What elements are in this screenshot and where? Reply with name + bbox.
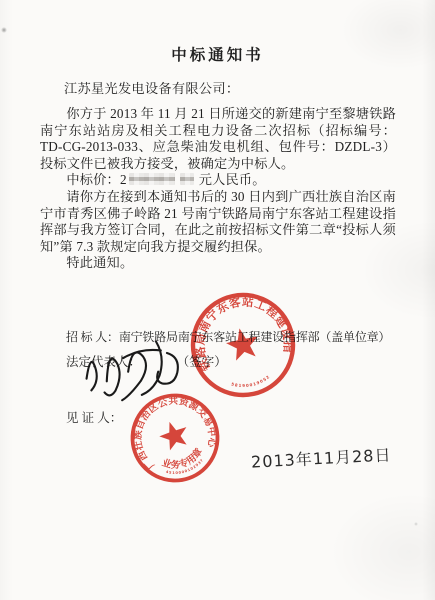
addressee-line: 江苏星光发电设备有限公司： (64, 78, 239, 97)
bid-price-suffix: 元人民币。 (199, 172, 266, 187)
bid-price-line: 中标价：2元人民币。 (40, 172, 396, 189)
star-icon (224, 325, 262, 362)
paragraph-tender-acceptance: 你方于 2013 年 11 月 21 日所递交的新建南宁至黎塘铁路南宁东站站房及… (40, 106, 396, 172)
witness-label: 见 证 人： (66, 411, 122, 425)
letter-body: 你方于 2013 年 11 月 21 日所递交的新建南宁至黎塘铁路南宁东站站房及… (40, 106, 396, 272)
bid-price-visible-digit: 2 (120, 172, 127, 187)
redaction-mosaic-block (129, 173, 175, 185)
seal-arc-text: 南宁铁路局南宁东客站工程建设指挥部 (179, 281, 298, 377)
redaction-mosaic-block (180, 173, 194, 185)
star-icon (156, 417, 192, 452)
paragraph-contract-instructions: 请你方在接到本通知书后的 30 日内到广西壮族自治区南宁市青秀区佛子岭路 21 … (40, 189, 396, 255)
handwritten-date: 2013年11月28日 (250, 442, 391, 472)
signature-stroke (85, 362, 97, 391)
signature-stroke (102, 358, 121, 396)
witness-row: 见 证 人： (66, 408, 122, 426)
paragraph-closing: 特此通知。 (40, 255, 396, 272)
scanned-award-notice-page: 中标通知书 江苏星光发电设备有限公司： 你方于 2013 年 11 月 21 日… (0, 0, 435, 600)
bid-price-label: 中标价： (66, 172, 120, 187)
page-title: 中标通知书 (0, 43, 435, 65)
signature-stroke (156, 352, 179, 384)
